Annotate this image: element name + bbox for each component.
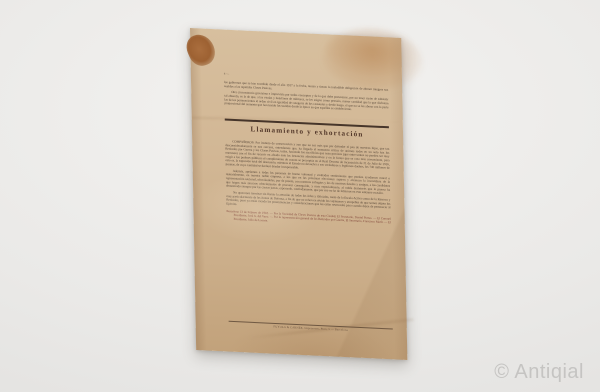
paper-document: 4 — los gobiernos que se han sucedido de… bbox=[190, 28, 407, 360]
photo-background: 4 — los gobiernos que se han sucedido de… bbox=[0, 0, 600, 392]
signature-block: Barcelona 13 de Febrero de 1918. — Por l… bbox=[226, 210, 390, 229]
body-paragraph: COMPAÑEROS: Por instinto de conservación… bbox=[225, 140, 390, 175]
printed-text-block: 4 — los gobiernos que se han sucedido de… bbox=[190, 28, 406, 230]
watermark: © Antiqial bbox=[494, 361, 584, 384]
